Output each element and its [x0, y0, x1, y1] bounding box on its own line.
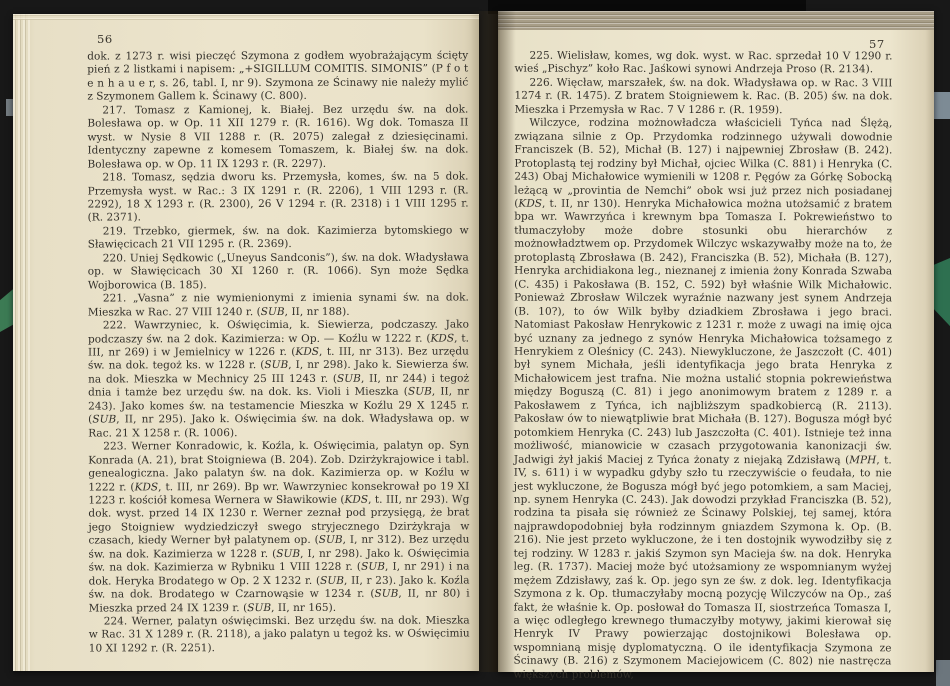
right-page-fore-edge	[498, 11, 934, 30]
page-number-left: 56	[97, 32, 113, 46]
page-number-right: 57	[869, 37, 885, 51]
paragraph-217: 217. Tomasz z Kamionej, k. Białej. Bez u…	[87, 103, 468, 171]
paragraph-220: 220. Uniej Sędkowic („Uneyus Sandconis”)…	[88, 251, 469, 292]
paragraph-219: 219. Trzebko, giermek, św. na dok. Kazim…	[88, 224, 469, 252]
paragraph-221: 221. „Vasna” z nie wymienionymi z imieni…	[88, 292, 469, 320]
paragraph-216-continuation: dok. z 1273 r. wisi pieczęć Szymona z go…	[87, 50, 468, 105]
right-page-text-column: 225. Wielisław, komes, wg dok. wyst. w R…	[513, 50, 892, 683]
paragraph-223: 223. Werner Konradowic, k. Koźla, k. Ośw…	[88, 440, 469, 616]
paragraph-226: 226. Więcław, marszałek, św. na dok. Wła…	[514, 77, 892, 118]
left-page-text-column: dok. z 1273 r. wisi pieczęć Szymona z go…	[87, 50, 470, 656]
scanned-book-spread: { "colors": { "surround_background": "#1…	[0, 0, 950, 686]
left-page-stack-top-edge	[13, 14, 479, 20]
gray-fragment-bottom-right	[936, 660, 950, 686]
paragraph-224: 224. Werner, palatyn oświęcimski. Bez ur…	[89, 615, 470, 656]
paragraph-218: 218. Tomasz, sędzia dworu ks. Przemysła,…	[88, 171, 469, 226]
paragraph-225: 225. Wielisław, komes, wg dok. wyst. w R…	[515, 50, 893, 78]
paragraph-222: 222. Wawrzyniec, k. Oświęcimia, k. Siewi…	[88, 319, 469, 441]
paragraph-wilczyce: Wilczyce, rodzina możnowładcza właścicie…	[513, 117, 892, 683]
left-page-stack-edge	[13, 14, 30, 671]
